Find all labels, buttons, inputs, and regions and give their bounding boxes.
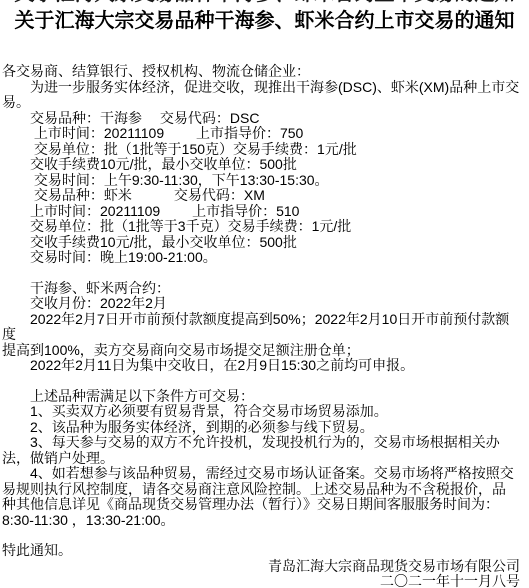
doc-line: 交易时间：晚上19:00-21:00。 [2,250,520,266]
doc-line: 上述品种需满足以下条件方可交易： [2,389,520,405]
doc-line: 各交易商、结算银行、授权机构、物流仓储企业： [2,64,520,80]
clipped-text: 关于汇海大宗交易品种干海参、虾米合约上市交易的通知 [0,0,529,5]
doc-line: 交易单位：批（1批等于150克）交易手续费：1元/批 [2,142,520,158]
doc-line: 提高到100%，卖方交易商向交易市场提交足额注册仓单； [2,343,520,359]
doc-line: 交易时间：上午9:30-11:30，下午13:30-15:30。 [2,173,520,189]
doc-line: 交易品种：虾米 交易代码：XM [2,188,520,204]
doc-line: 4、如若想参与该品种贸易，需经过交易市场认证备案。交易市场将严格按照交 [2,466,520,482]
notice-title: 关于汇海大宗交易品种干海参、虾米合约上市交易的通知 [0,8,529,34]
section-dsc-contract-details: 交易品种：干海参 交易代码：DSC 上市时间：20211109 上市指导价：75… [2,111,520,189]
doc-line: 交易单位：批（1批等于3千克）交易手续费：1元/批 [2,219,520,235]
doc-line: 上市时间：20211109 上市指导价：510 [2,204,520,220]
doc-line: 二〇二一年十一月八号 [2,574,520,588]
section-closing: 特此通知。 [2,543,520,559]
doc-line: 交收手续费10元/批，最小交收单位：500批 [2,235,520,251]
doc-line: 2、该品种为服务实体经济，到期的必须参与线下贸易。 [2,420,520,436]
doc-line: 1、买卖双方必须要有贸易背景，符合交易市场贸易添加。 [2,404,520,420]
doc-line: 上市时间：20211109 上市指导价：750 [2,126,520,142]
doc-line: 交易品种：干海参 交易代码：DSC [2,111,520,127]
doc-line: 3、每天参与交易的双方不允许投机，发现投机行为的，交易市场根据相关办 [2,435,520,451]
notice-body: 各交易商、结算银行、授权机构、物流仓储企业： 为进一步服务实体经济，促进交收，现… [0,64,529,588]
doc-line: 2022年2月7日开市前预付款额度提高到50%；2022年2月10日开市前预付款… [2,312,520,343]
doc-line: 易规则执行风控制度，请各交易商注意风险控制。上述交易品种为不含税报价，品 [2,482,520,498]
doc-line: 青岛汇海大宗商品现货交易市场有限公司 [2,559,520,575]
section-trading-conditions: 上述品种需满足以下条件方可交易： 1、买卖双方必须要有贸易背景，符合交易市场贸易… [2,389,520,529]
notice-document: 关于汇海大宗交易品种干海参、虾米合约上市交易的通知 关于汇海大宗交易品种干海参、… [0,0,529,588]
doc-line: 法，做销户处理。 [2,451,520,467]
section-both-contracts-delivery: 干海参、虾米两合约： 交收月份：2022年2月 2022年2月7日开市前预付款额… [2,281,520,374]
section-xm-contract-details: 交易品种：虾米 交易代码：XM 上市时间：20211109 上市指导价：510 … [2,188,520,266]
doc-line: 交收月份：2022年2月 [2,296,520,312]
doc-line: 8:30-11:30 ，13:30-21:00。 [2,513,520,529]
doc-line: 特此通知。 [2,543,520,559]
section-salutation-intro: 各交易商、结算银行、授权机构、物流仓储企业： 为进一步服务实体经济，促进交收，现… [2,64,520,111]
doc-line: 2022年2月11日为集中交收日，在2月9日15:30之前均可申报。 [2,358,520,374]
doc-line: 干海参、虾米两合约： [2,281,520,297]
doc-line: 为进一步服务实体经济，促进交收，现推出干海参(DSC)、虾米(XM)品种上市交 [2,80,520,96]
doc-line: 易。 [2,95,520,111]
section-signature: 青岛汇海大宗商品现货交易市场有限公司二〇二一年十一月八号 [2,559,520,588]
doc-line: 种其他信息详见《商品现货交易管理办法（暂行）》交易日期间客服服务时间为： [2,497,520,513]
doc-line: 交收手续费10元/批，最小交收单位：500批 [2,157,520,173]
clipped-line-remnant: 关于汇海大宗交易品种干海参、虾米合约上市交易的通知 [0,0,529,6]
